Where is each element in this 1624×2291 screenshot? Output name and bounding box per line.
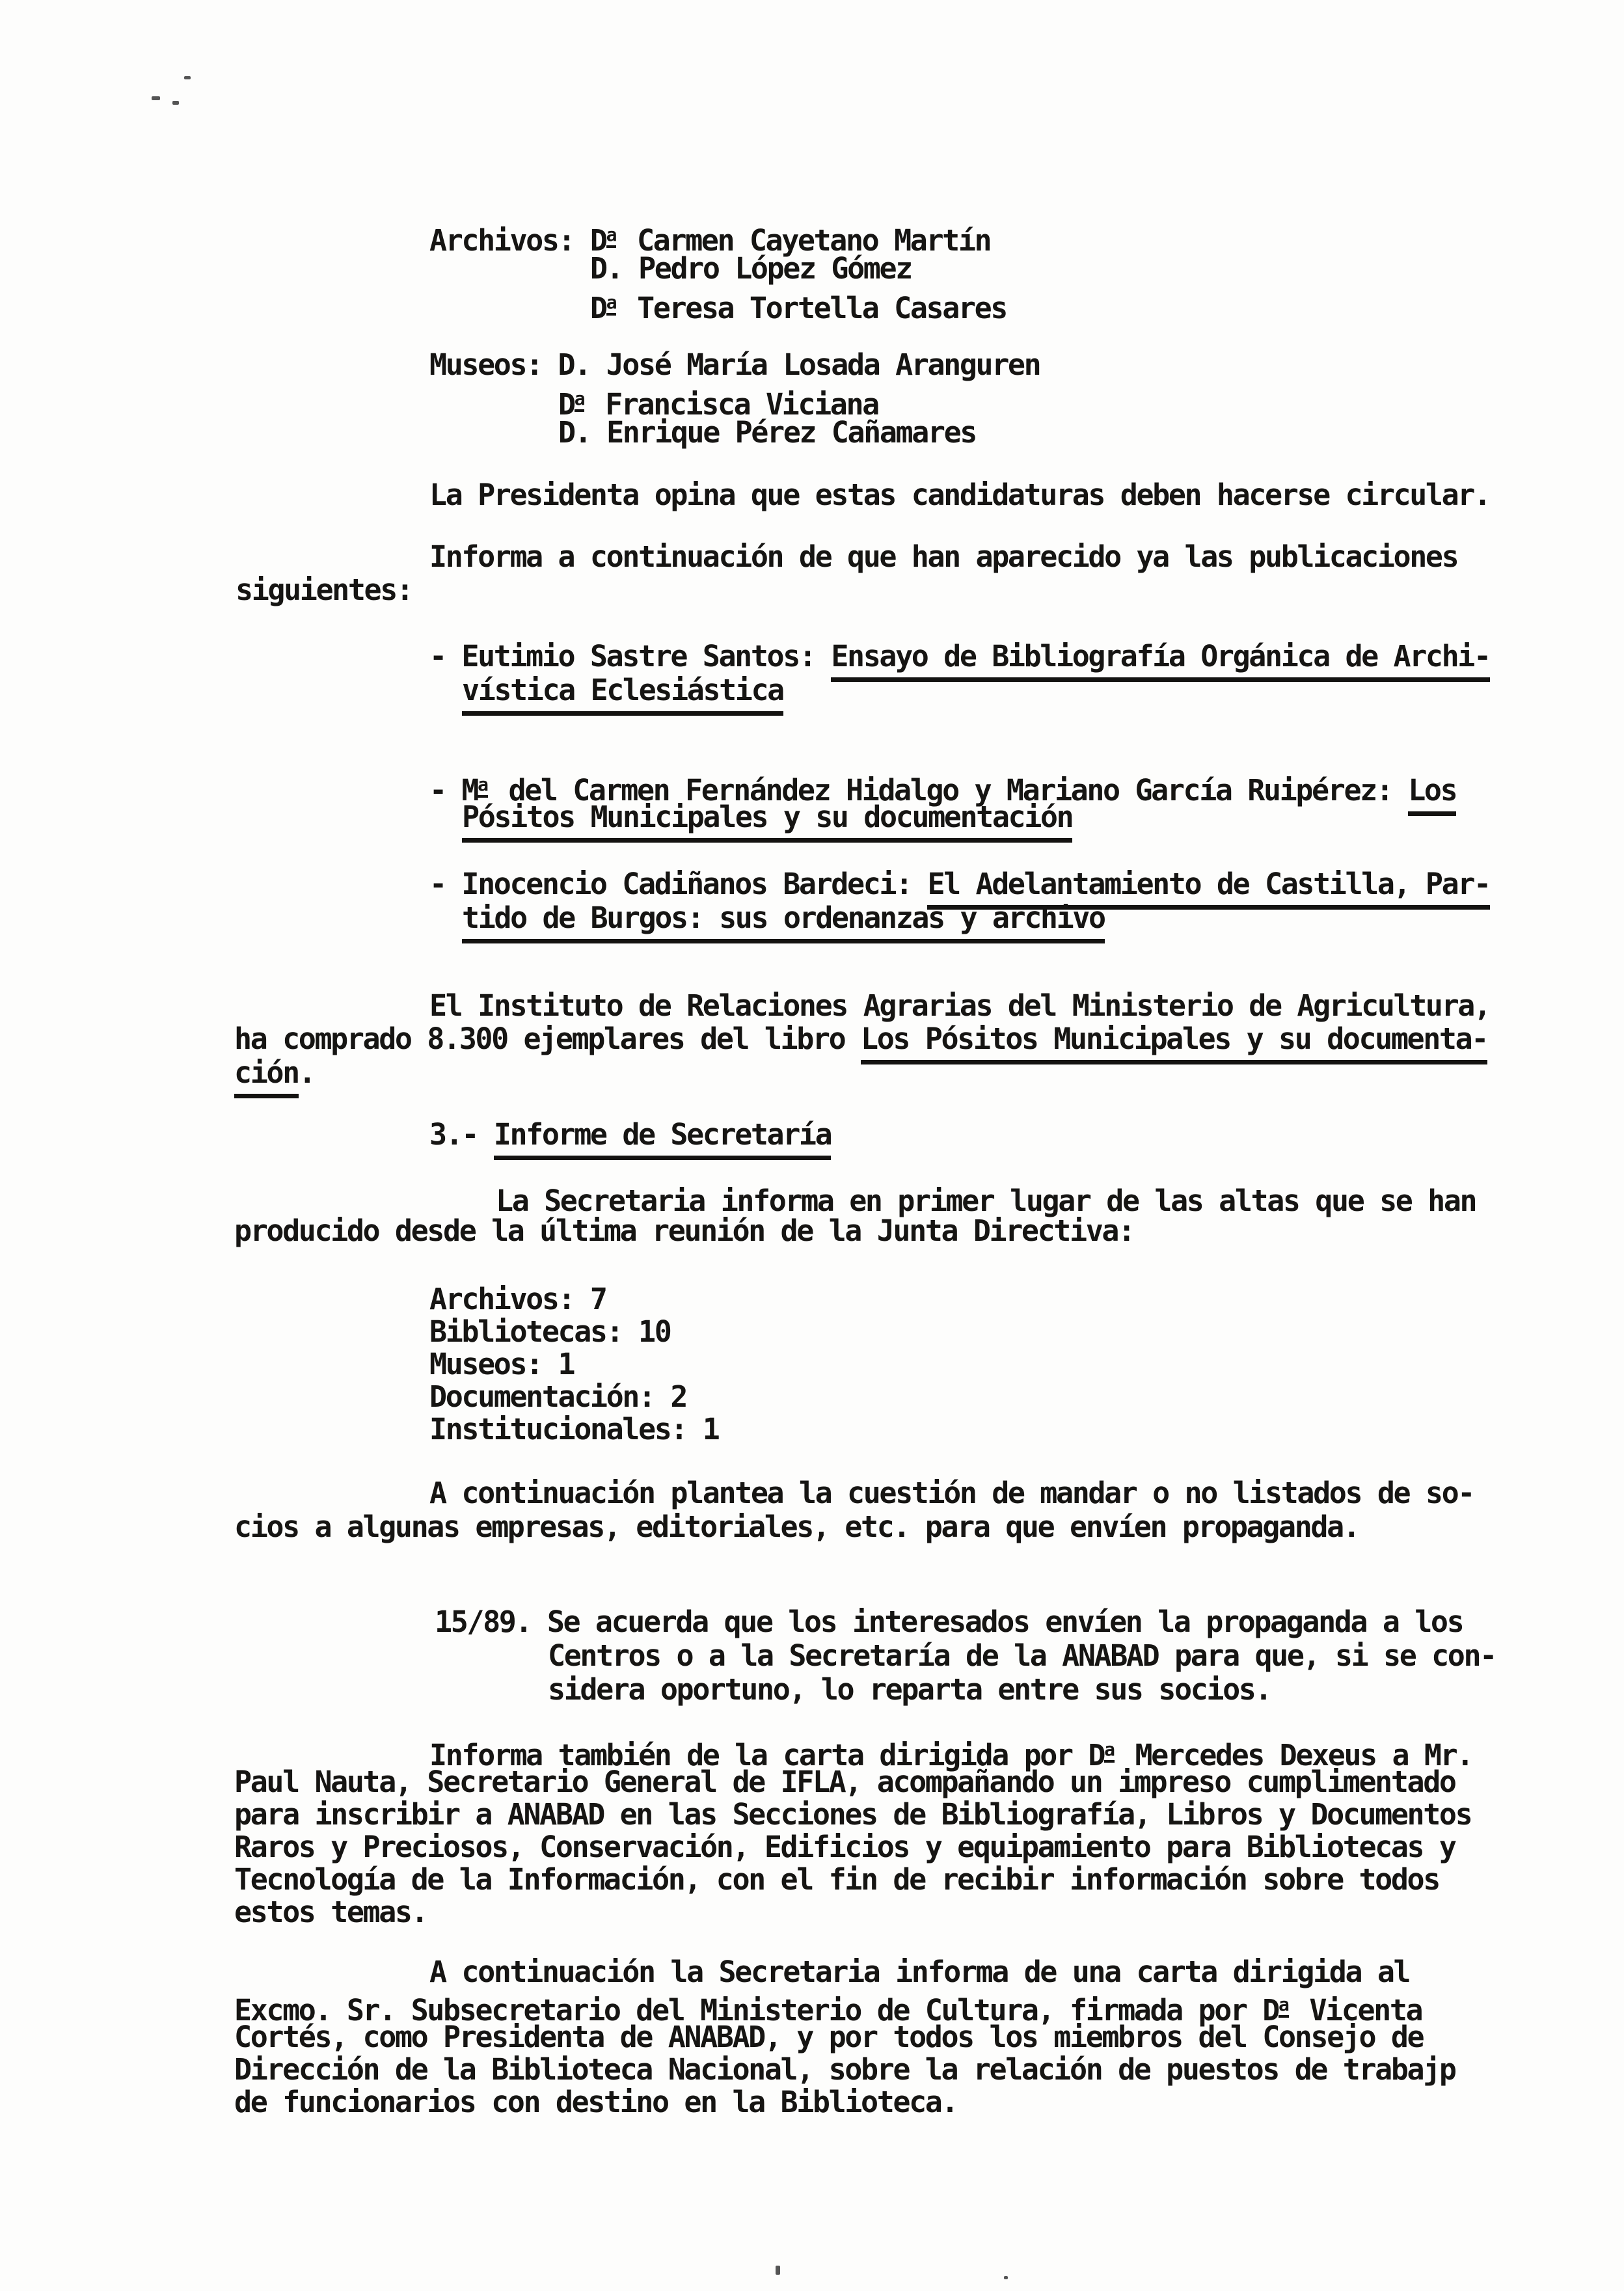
text-segment: Museos: D. José María Losada Aranguren — [429, 347, 1040, 382]
candidates-archivos-3: Da Teresa Tortella Casares — [590, 286, 1007, 325]
instituto-paragraph-2: ha comprado 8.300 ejemplares del libro L… — [234, 1023, 1487, 1055]
underlined-title-text: Informe de Secretaría — [494, 1117, 832, 1160]
text-segment: Museos: 1 — [429, 1347, 574, 1381]
text-segment: 3.- — [429, 1117, 494, 1152]
altas-stat-institucionales: Institucionales: 1 — [429, 1413, 718, 1446]
ordinal-superscript: a — [606, 224, 617, 248]
text-segment: para inscribir a ANABAD en las Secciones… — [234, 1797, 1471, 1832]
acuerdo-15-89-line-3: sidera oportuno, lo reparta entre sus so… — [548, 1674, 1271, 1706]
scan-speck — [172, 101, 179, 105]
text-segment: - Inocencio Cadiñanos Bardeci: — [429, 867, 927, 901]
scanned-document-page: Archivos: Da Carmen Cayetano MartínD. Pe… — [0, 0, 1624, 2291]
scan-speck — [776, 2266, 780, 2275]
text-segment: Institucionales: 1 — [429, 1412, 718, 1446]
carta-ministerio-5: de funcionarios con destino en la Biblio… — [234, 2086, 957, 2119]
text-segment: La Presidenta opina que estas candidatur… — [429, 478, 1490, 512]
text-segment: producido desde la última reunión de la … — [234, 1213, 1134, 1248]
acuerdo-15-89-line-1: 15/89. Se acuerda que los interesados en… — [435, 1606, 1463, 1638]
carta-ifla-2: Paul Nauta, Secretario General de IFLA, … — [234, 1766, 1455, 1798]
ordinal-superscript: a — [575, 388, 585, 412]
text-segment: Archivos: 7 — [429, 1282, 606, 1316]
underlined-title-text: ción — [234, 1055, 299, 1098]
underlined-title-text: vística Eclesiástica — [462, 673, 783, 716]
text-segment: - Eutimio Sastre Santos: — [429, 639, 831, 673]
text-segment: Centros o a la Secretaría de la ANABAD p… — [548, 1638, 1496, 1673]
text-segment: ha comprado 8.300 ejemplares del libro — [234, 1022, 861, 1056]
underlined-title-text: Ensayo de Bibliografía Orgánica de Archi… — [831, 639, 1489, 682]
candidates-archivos-2: D. Pedro López Gómez — [590, 252, 912, 285]
candidates-museos-1: Museos: D. José María Losada Aranguren — [429, 349, 1040, 381]
carta-ministerio-1: A continuación la Secretaria informa de … — [429, 1956, 1409, 1988]
altas-stat-documentacion: Documentación: 2 — [429, 1381, 686, 1413]
carta-ministerio-4: Dirección de la Biblioteca Nacional, sob… — [234, 2054, 1455, 2086]
text-segment: Paul Nauta, Secretario General de IFLA, … — [234, 1765, 1455, 1799]
text-segment: Raros y Preciosos, Conservación, Edifici… — [234, 1830, 1455, 1864]
altas-stat-archivos: Archivos: 7 — [429, 1283, 606, 1316]
text-segment: Bibliotecas: 10 — [429, 1314, 670, 1349]
text-segment: Tecnología de la Información, con el fin… — [234, 1862, 1439, 1897]
publicaciones-intro-2: siguientes: — [236, 574, 413, 606]
text-segment: A continuación plantea la cuestión de ma… — [429, 1476, 1474, 1510]
document-text-layer: Archivos: Da Carmen Cayetano MartínD. Pe… — [0, 0, 1624, 2291]
text-segment: Cortés, como Presidenta de ANABAD, y por… — [234, 2020, 1423, 2054]
listados-paragraph-2: cios a algunas empresas, editoriales, et… — [234, 1511, 1359, 1543]
candidates-museos-3: D. Enrique Pérez Cañamares — [558, 416, 976, 449]
pub-item-2-line-2: Pósitos Municipales y su documentación — [462, 801, 1072, 834]
text-segment: A continuación la Secretaria informa de … — [429, 1955, 1409, 1989]
section-heading-3: 3.- Informe de Secretaría — [429, 1118, 831, 1151]
text-segment: Documentación: 2 — [429, 1379, 686, 1414]
pub-item-1-line-1: - Eutimio Sastre Santos: Ensayo de Bibli… — [429, 640, 1490, 673]
scan-speck — [1004, 2276, 1008, 2279]
text-segment: cios a algunas empresas, editoriales, et… — [234, 1510, 1359, 1544]
publicaciones-intro-1: Informa a continuación de que han aparec… — [429, 541, 1457, 573]
carta-ifla-6: estos temas. — [234, 1896, 427, 1929]
text-segment: El Instituto de Relaciones Agrarias del … — [429, 988, 1490, 1023]
ordinal-superscript: a — [1104, 1739, 1115, 1763]
carta-ministerio-3: Cortés, como Presidenta de ANABAD, y por… — [234, 2021, 1423, 2054]
scan-speck — [184, 76, 191, 79]
carta-ifla-3: para inscribir a ANABAD en las Secciones… — [234, 1798, 1471, 1831]
text-segment: D — [590, 291, 606, 325]
listados-paragraph-1: A continuación plantea la cuestión de ma… — [429, 1477, 1474, 1510]
secretaria-altas-1: La Secretaria informa en primer lugar de… — [496, 1185, 1476, 1217]
instituto-paragraph-3: ción. — [234, 1057, 314, 1089]
text-segment: sidera oportuno, lo reparta entre sus so… — [548, 1672, 1271, 1707]
text-segment: siguientes: — [236, 573, 413, 607]
presidenta-opinion: La Presidenta opina que estas candidatur… — [429, 479, 1490, 511]
secretaria-altas-2: producido desde la última reunión de la … — [234, 1215, 1134, 1247]
scan-speck — [152, 96, 160, 100]
text-segment: de funcionarios con destino en la Biblio… — [234, 2085, 957, 2119]
pub-item-3-line-2: tido de Burgos: sus ordenanzas y archivo — [462, 902, 1105, 934]
altas-stat-bibliotecas: Bibliotecas: 10 — [429, 1316, 670, 1348]
instituto-paragraph-1: El Instituto de Relaciones Agrarias del … — [429, 990, 1490, 1022]
text-segment: D. Pedro López Gómez — [590, 251, 912, 286]
ordinal-superscript: a — [1279, 1994, 1289, 2018]
carta-ifla-5: Tecnología de la Información, con el fin… — [234, 1864, 1439, 1896]
text-segment: D. Enrique Pérez Cañamares — [558, 415, 976, 450]
text-segment: estos temas. — [234, 1895, 427, 1929]
acuerdo-15-89-line-2: Centros o a la Secretaría de la ANABAD p… — [548, 1640, 1496, 1672]
underlined-title-text: Pósitos Municipales y su documentación — [462, 800, 1072, 843]
underlined-title-text: Los — [1408, 773, 1456, 816]
text-segment: Teresa Tortella Casares — [621, 291, 1007, 325]
text-segment: Informa a continuación de que han aparec… — [429, 539, 1457, 574]
text-segment: 15/89. Se acuerda que los interesados en… — [435, 1605, 1463, 1639]
underlined-title-text: Los Pósitos Municipales y su documenta- — [861, 1022, 1487, 1064]
ordinal-superscript: a — [478, 774, 488, 798]
carta-ifla-4: Raros y Preciosos, Conservación, Edifici… — [234, 1831, 1455, 1864]
pub-item-3-line-1: - Inocencio Cadiñanos Bardeci: El Adelan… — [429, 868, 1490, 901]
ordinal-superscript: a — [606, 291, 617, 316]
text-segment: . — [299, 1055, 315, 1090]
altas-stat-museos: Museos: 1 — [429, 1348, 574, 1381]
pub-item-1-line-2: vística Eclesiástica — [462, 674, 783, 707]
text-segment: Archivos: D — [429, 223, 606, 258]
underlined-title-text: tido de Burgos: sus ordenanzas y archivo — [462, 901, 1105, 943]
text-segment: Dirección de la Biblioteca Nacional, sob… — [234, 2052, 1455, 2087]
